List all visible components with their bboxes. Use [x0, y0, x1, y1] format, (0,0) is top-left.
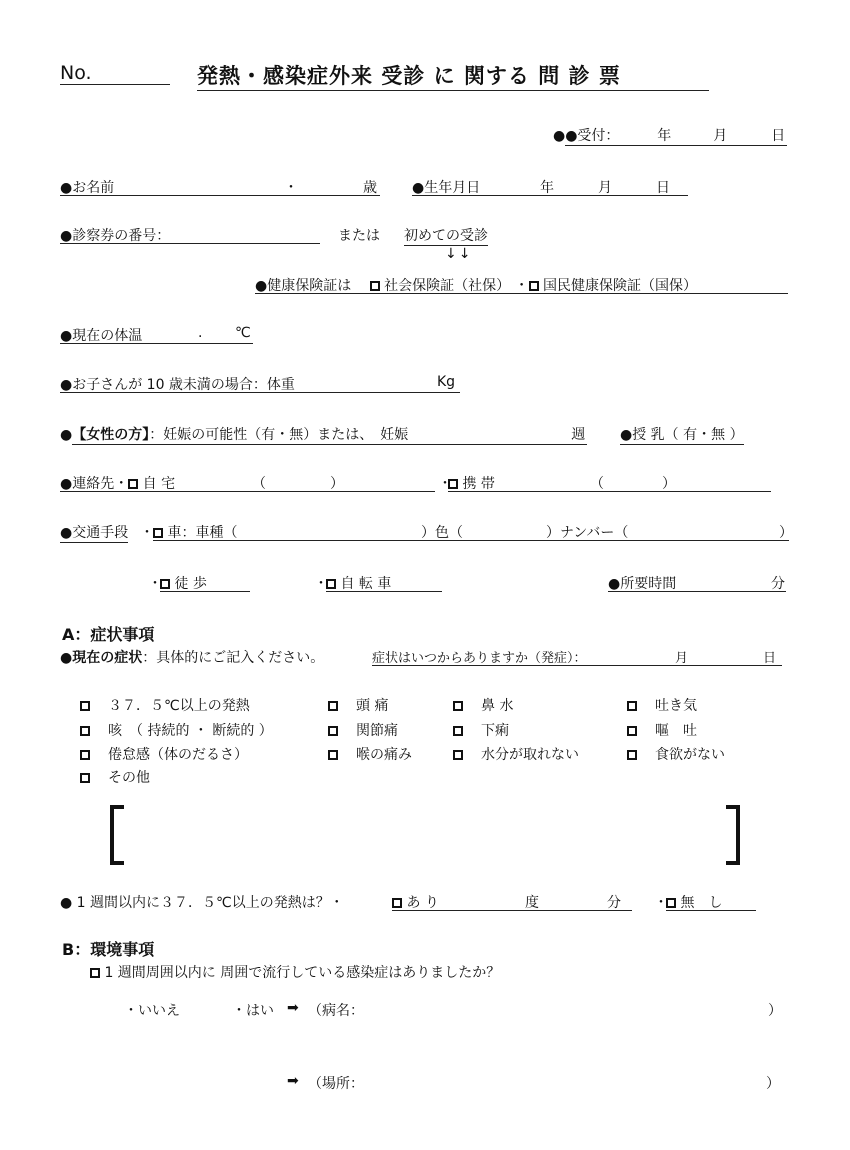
symptom-vomiting[interactable]: 嘔 吐	[627, 720, 697, 740]
number-label: No.	[60, 62, 92, 84]
weight-unit: Kg	[437, 374, 455, 390]
name-label: ●お名前	[60, 180, 114, 196]
card-number-label: ●診察券の番号：	[60, 228, 170, 244]
reception-date-field[interactable]: ●受付： 年 月 日	[565, 125, 787, 146]
checkbox[interactable]	[80, 701, 90, 711]
checkbox[interactable]	[80, 773, 90, 783]
checkbox[interactable]	[80, 726, 90, 736]
current-symptoms-instruction: ：具体的にご記入ください。	[142, 650, 324, 666]
insurance-separator: ・	[515, 278, 529, 294]
section-a-title: A：症状事項	[62, 622, 154, 645]
bicycle-option[interactable]: 自 転 車	[326, 573, 442, 592]
paren-close: ）	[766, 1073, 780, 1093]
home-label: 自 宅	[143, 476, 175, 492]
symptom-label: 水分が取れない	[481, 747, 579, 763]
birth-year-unit: 年	[540, 177, 554, 197]
place-label: （場所：	[308, 1076, 364, 1092]
symptom-fever[interactable]: ３７．５℃以上の発熱	[80, 695, 250, 715]
checkbox[interactable]	[627, 750, 637, 760]
infection-question: 1 週間周囲以内に 周囲で流行している感染症はありましたか？	[104, 965, 500, 981]
first-visit-option[interactable]: 初めての受診	[404, 225, 488, 246]
birth-month-unit: 月	[598, 177, 612, 197]
checkbox[interactable]	[328, 701, 338, 711]
bicycle-checkbox[interactable]	[326, 579, 336, 589]
travel-time-unit: 分	[771, 573, 785, 593]
pregnancy-week-unit: 週	[571, 424, 585, 444]
or-text: または	[338, 225, 380, 245]
checkbox[interactable]	[80, 750, 90, 760]
transport-separator: ・	[140, 522, 154, 542]
fever-yes-label: あ り	[406, 895, 438, 911]
symptom-label: 食欲がない	[655, 747, 725, 763]
symptom-label: 倦怠感（体のだるさ）	[108, 747, 248, 763]
disease-name-field[interactable]: （病名： ）	[308, 1000, 778, 1018]
onset-date-field[interactable]: 症状はいつからありますか（発症）： 月 日	[372, 647, 782, 666]
right-arrow-icon: ➡	[287, 1000, 299, 1016]
symptom-label: 嘔 吐	[655, 723, 697, 739]
pregnancy-text: ：妊娠の可能性（有・無）または、 妊娠	[149, 427, 408, 443]
infection-no-option[interactable]: ・いいえ	[124, 1000, 180, 1020]
onset-day-unit: 日	[763, 647, 776, 666]
transport-label: ●交通手段	[60, 522, 128, 543]
symptom-other[interactable]: その他	[80, 767, 150, 787]
car-number-label: ）ナンバー（	[546, 522, 628, 542]
national-insurance-label: 国民健康保険証（国保）	[543, 278, 697, 294]
social-insurance-checkbox[interactable]	[370, 281, 380, 291]
symptom-nausea[interactable]: 吐き気	[627, 695, 697, 715]
name-field[interactable]: ●お名前 ・ 歳	[60, 177, 380, 196]
fever-question: ● 1 週間以内に３７．５℃以上の発熱は？・	[60, 892, 344, 912]
symptom-cannot-drink[interactable]: 水分が取れない	[453, 744, 579, 764]
home-checkbox[interactable]	[128, 479, 138, 489]
symptom-label: ３７．５℃以上の発熱	[108, 698, 250, 714]
lactation-field[interactable]: ●授 乳（ 有・無 ）	[620, 424, 744, 445]
bullet: ●	[553, 128, 565, 144]
age-unit: 歳	[363, 177, 377, 197]
left-bracket	[110, 805, 124, 865]
mobile-checkbox[interactable]	[448, 479, 458, 489]
infection-yes-option[interactable]: ・はい	[232, 1000, 274, 1020]
symptom-joint-pain[interactable]: 関節痛	[328, 720, 398, 740]
disease-label: （病名：	[308, 1003, 364, 1019]
travel-time-label: ●所要時間	[608, 576, 676, 592]
other-symptoms-input[interactable]	[110, 805, 740, 867]
place-field[interactable]: （場所： ）	[308, 1073, 778, 1091]
walk-checkbox[interactable]	[160, 579, 170, 589]
home-phone-field[interactable]: ●連絡先・ 自 宅 （ ）	[60, 473, 435, 492]
fever-no-label: 無 し	[680, 895, 722, 911]
checkbox[interactable]	[328, 750, 338, 760]
birth-day-unit: 日	[656, 177, 670, 197]
bullet: ●	[60, 427, 72, 443]
current-symptoms-row: ●現在の症状：具体的にご記入ください。	[60, 647, 324, 667]
page-title-text: 発熱・感染症外来 受診 に 関する 問 診 票	[197, 64, 621, 88]
symptom-label: 関節痛	[356, 723, 398, 739]
car-color-label: ）色（	[421, 522, 463, 542]
paren-close: ）	[768, 1000, 782, 1020]
fever-minute-unit: 分	[607, 892, 621, 912]
pregnancy-field[interactable]: 【女性の方】：妊娠の可能性（有・無）または、 妊娠 週	[72, 424, 587, 445]
section-b-title: B：環境事項	[62, 937, 154, 960]
travel-time-field[interactable]: ●所要時間 分	[608, 573, 786, 592]
symptom-runny-nose[interactable]: 鼻 水	[453, 695, 513, 715]
checkbox[interactable]	[453, 750, 463, 760]
fever-yes-checkbox[interactable]	[392, 898, 402, 908]
symptom-label: 吐き気	[655, 698, 697, 714]
temperature-unit: ℃	[235, 325, 251, 341]
temperature-field[interactable]: ●現在の体温 . ℃	[60, 325, 253, 344]
checkbox[interactable]	[453, 701, 463, 711]
paren-close: ）	[330, 473, 344, 493]
symptom-fatigue[interactable]: 倦怠感（体のだるさ）	[80, 744, 248, 764]
insurance-label: ●健康保険証は	[255, 278, 351, 294]
bicycle-label: 自 転 車	[340, 576, 391, 592]
name-separator: ・	[284, 177, 298, 197]
infection-question-row: 1 週間周囲以内に 周囲で流行している感染症はありましたか？	[90, 962, 500, 982]
symptom-label: 喉の痛み	[356, 747, 412, 763]
weight-label: ●お子さんが 10 歳未満の場合：体重	[60, 377, 295, 393]
number-field[interactable]: No.	[60, 62, 170, 85]
reception-month-unit: 月	[713, 125, 727, 145]
social-insurance-label: 社会保険証（社保）	[384, 278, 510, 294]
infection-question-checkbox[interactable]	[90, 968, 100, 978]
reception-label: ●受付：	[565, 128, 619, 144]
birthdate-field[interactable]: ●生年月日 年 月 日	[412, 177, 688, 196]
checkbox[interactable]	[627, 701, 637, 711]
women-row: ● 【女性の方】：妊娠の可能性（有・無）または、 妊娠 週	[60, 424, 587, 445]
car-checkbox[interactable]	[153, 528, 163, 538]
paren-open: （	[252, 473, 266, 493]
paren-close: ）	[662, 473, 676, 493]
down-arrows-icon: ↓↓	[445, 246, 472, 262]
reception-row: ● ●受付： 年 月 日	[553, 125, 787, 146]
current-symptoms-label: ●現在の症状	[60, 650, 142, 666]
temperature-label: ●現在の体温	[60, 328, 142, 344]
symptom-cough[interactable]: 咳 （ 持続的 ・ 断続的 ）	[80, 720, 273, 740]
contact-label: ●連絡先・	[60, 476, 128, 492]
symptom-label: 鼻 水	[481, 698, 513, 714]
symptom-label: その他	[108, 770, 150, 786]
birthdate-label: ●生年月日	[412, 180, 480, 196]
fever-no-checkbox[interactable]	[666, 898, 676, 908]
walk-option[interactable]: 徒 歩	[160, 573, 250, 592]
symptom-label: 下痢	[481, 723, 509, 739]
car-field[interactable]: 車：車種（ ）色（ ）ナンバー（ ）	[153, 522, 789, 541]
national-insurance-checkbox[interactable]	[529, 281, 539, 291]
right-bracket	[726, 805, 740, 865]
symptom-label: 咳 （ 持続的 ・ 断続的 ）	[108, 723, 273, 739]
symptom-label: 頭 痛	[356, 698, 388, 714]
car-type-label: 車：車種（	[167, 525, 237, 541]
women-label: 【女性の方】	[72, 427, 149, 443]
page-title: 発熱・感染症外来 受診 に 関する 問 診 票	[197, 60, 709, 91]
onset-month-unit: 月	[675, 647, 688, 666]
fever-no-option[interactable]: 無 し	[666, 892, 756, 911]
temperature-decimal: .	[198, 325, 202, 341]
symptom-diarrhea[interactable]: 下痢	[453, 720, 509, 740]
mobile-label: 携 帯	[462, 476, 494, 492]
mobile-phone-field[interactable]: 携 帯 （ ）	[448, 473, 771, 492]
reception-year-unit: 年	[657, 125, 671, 145]
symptom-no-appetite[interactable]: 食欲がない	[627, 744, 725, 764]
walk-label: 徒 歩	[174, 576, 206, 592]
onset-label: 症状はいつからありますか（発症）：	[372, 651, 587, 666]
fever-degree-unit: 度	[525, 892, 539, 912]
right-arrow-icon: ➡	[287, 1073, 299, 1089]
insurance-row: ●健康保険証は 社会保険証（社保） ・ 国民健康保険証（国保）	[255, 275, 788, 294]
fever-yes-field[interactable]: あ り 度 分	[392, 892, 632, 911]
paren-close: ）	[779, 522, 793, 542]
weight-field[interactable]: ●お子さんが 10 歳未満の場合：体重 Kg	[60, 374, 460, 393]
card-number-field[interactable]: ●診察券の番号：	[60, 225, 320, 244]
symptom-sore-throat[interactable]: 喉の痛み	[328, 744, 412, 764]
checkbox[interactable]	[453, 726, 463, 736]
symptom-headache[interactable]: 頭 痛	[328, 695, 388, 715]
checkbox[interactable]	[627, 726, 637, 736]
checkbox[interactable]	[328, 726, 338, 736]
paren-open: （	[590, 473, 604, 493]
reception-day-unit: 日	[771, 125, 785, 145]
